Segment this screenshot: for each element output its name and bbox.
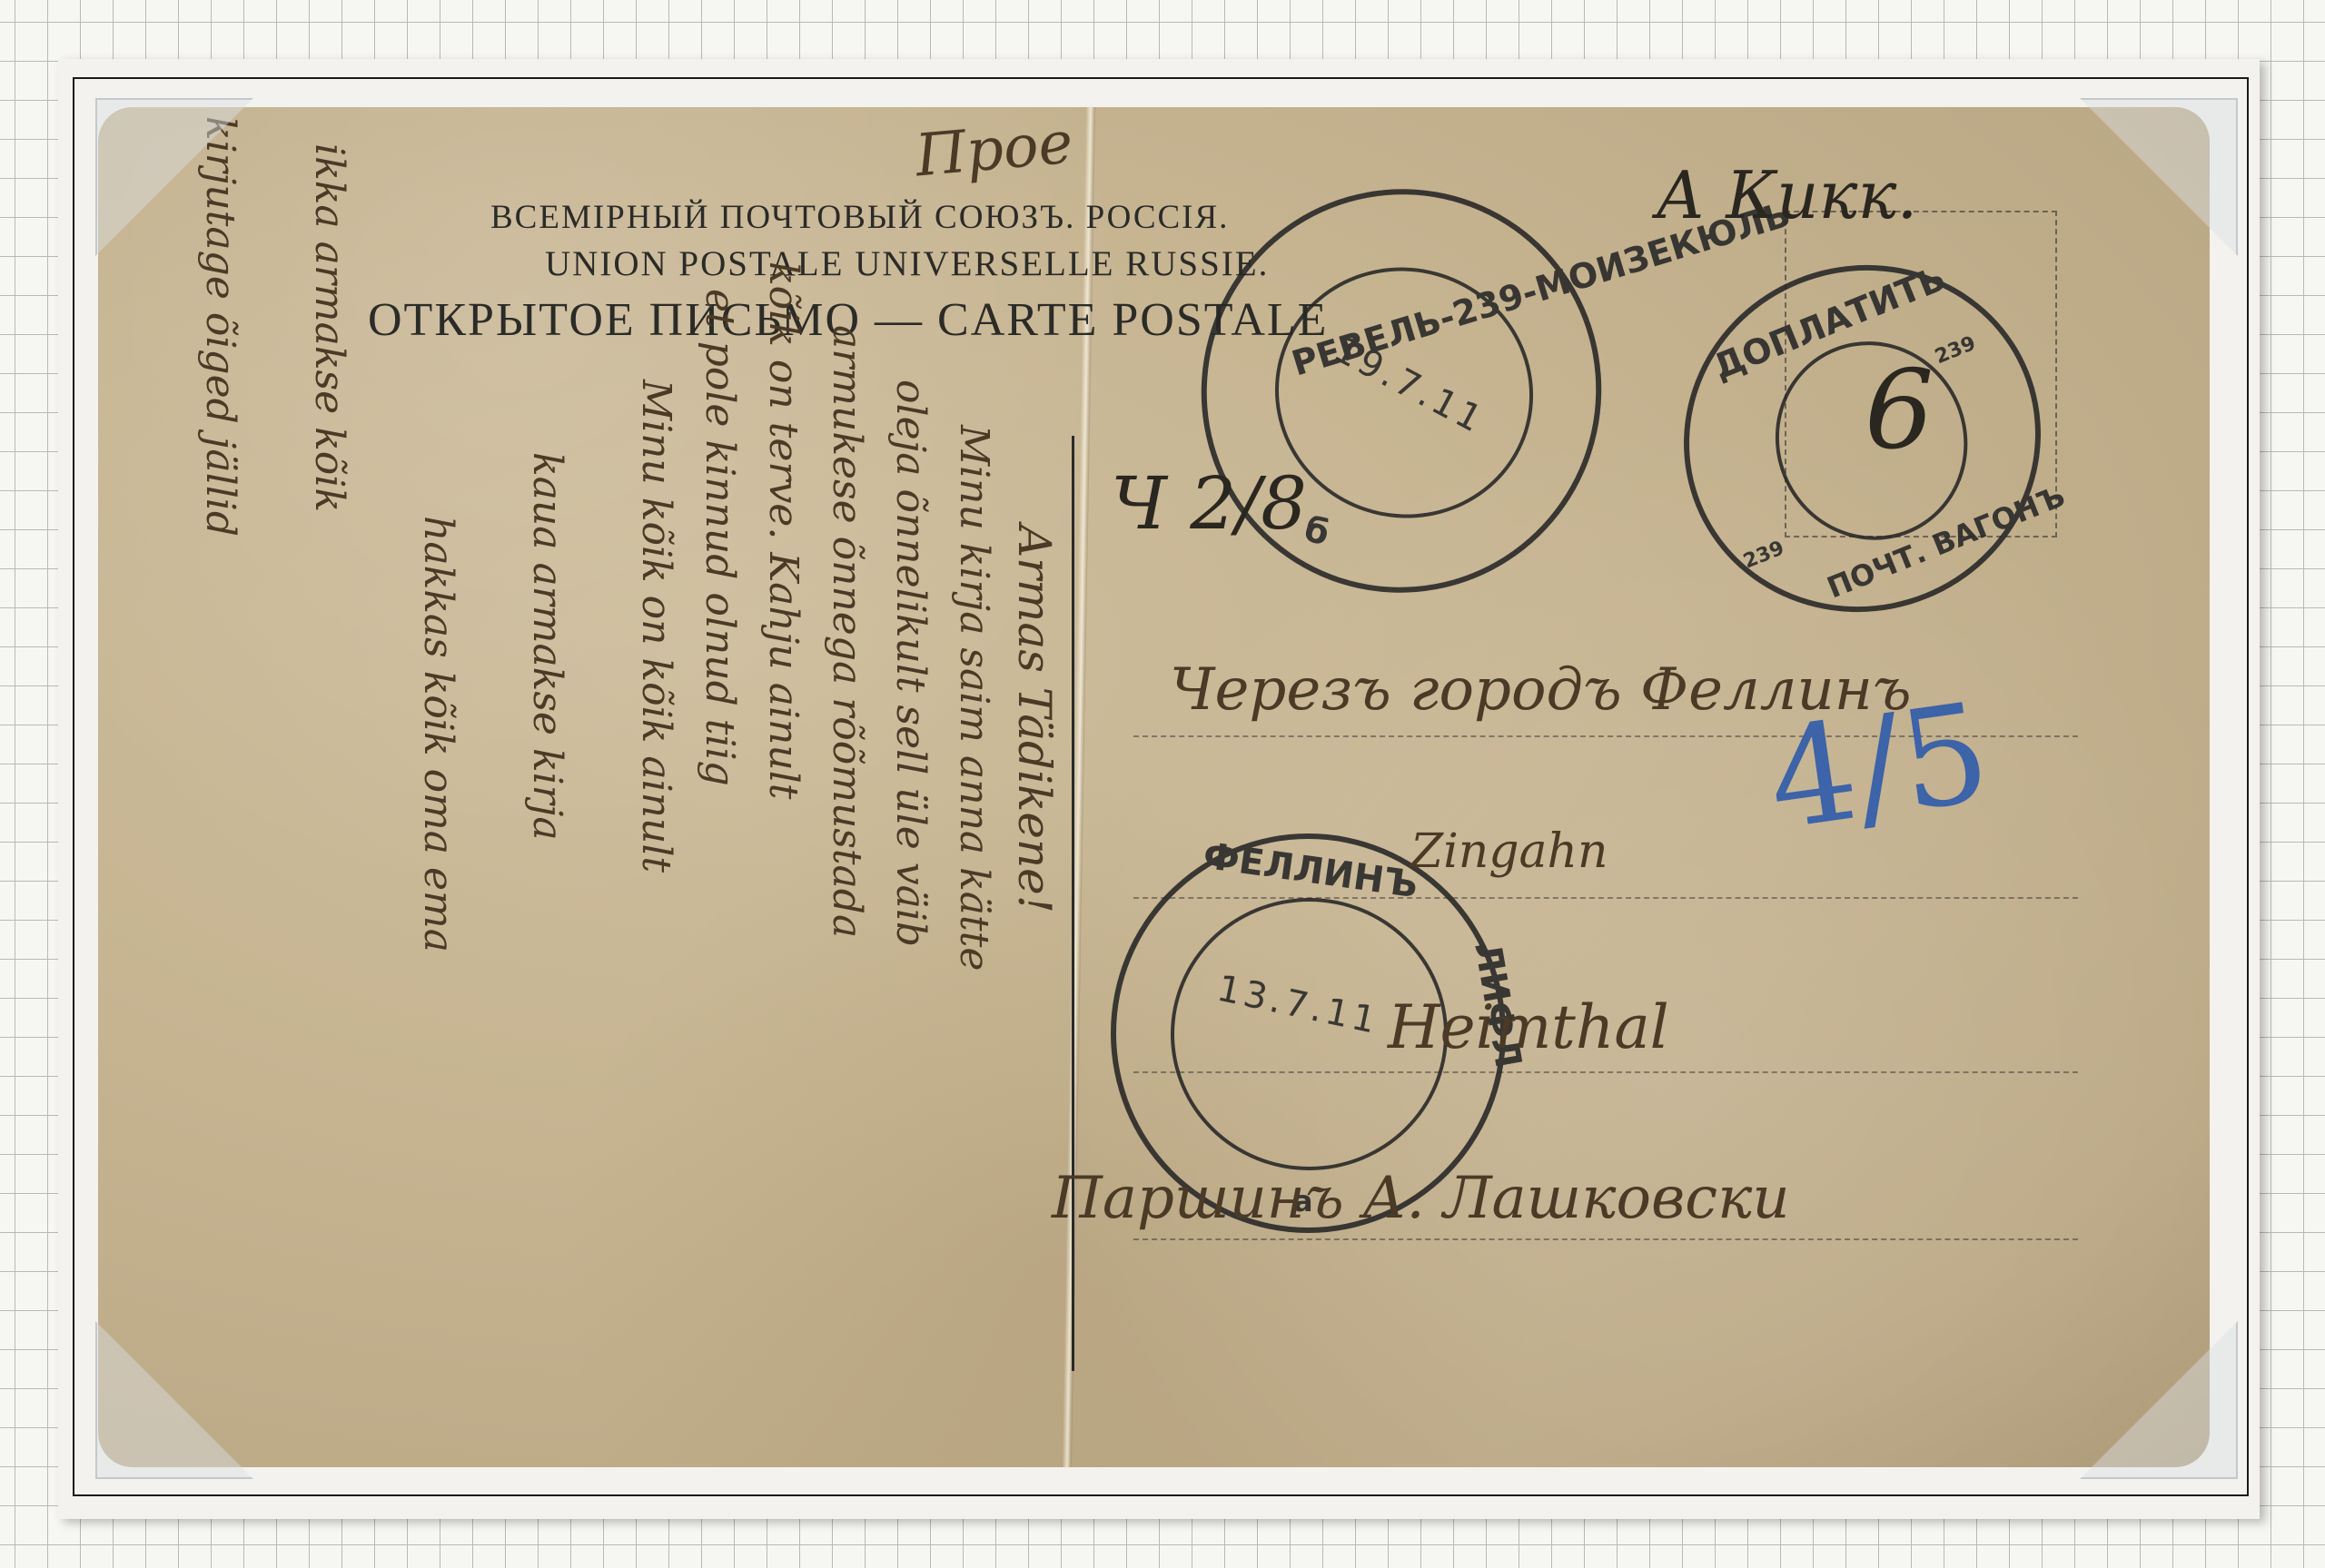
message-line: hakkas kõik oma ema — [415, 516, 461, 952]
message-line: kirjutage õiged jällid — [197, 116, 243, 537]
message-line: kaua armakse kirja — [524, 452, 570, 841]
address-line-recipient: Паршинъ А. Лашковски — [1052, 1165, 1790, 1232]
message-greeting: Armas Tädikene! — [1008, 525, 1061, 913]
handwritten-postage-mark: Ч 2/8 — [1111, 461, 1307, 546]
message-line: Minu kõik on kõik ainult — [633, 380, 679, 873]
message-line: armukese õnnega rõõmustada — [824, 325, 870, 938]
message-line: et pole kinnud olnud tiig — [697, 289, 743, 786]
address-line-estate: Heimthal — [1388, 992, 1669, 1062]
printed-header-upu-russian: ВСЕМIРНЫЙ ПОЧТОВЫЙ СОЮЗЪ. РОССIЯ. — [490, 198, 1229, 237]
address-line-4 — [1133, 1238, 2078, 1240]
printed-header-upu-french: UNION POSTALE UNIVERSELLE RUSSIE. — [545, 243, 1269, 284]
handwritten-top-right: А Кикк. — [1656, 157, 1917, 233]
handwritten-top-note: Прое — [913, 110, 1075, 191]
postmark-postage-due-number: 239 — [1932, 332, 1979, 369]
blue-crayon-mark: 4/5 — [1759, 674, 1998, 861]
address-line-place: Zingahn — [1410, 824, 1608, 879]
postmark-fellin-town: ФЕЛЛИНЪ — [1201, 835, 1420, 907]
message-line: ikka armakse kõik — [306, 143, 352, 512]
message-line: oleja õnnelikult sell üle väib — [887, 380, 934, 947]
postage-due-amount: 6 — [1865, 348, 1934, 474]
postmark-postage-due-number-2: 239 — [1740, 537, 1787, 573]
postcard: ВСЕМIРНЫЙ ПОЧТОВЫЙ СОЮЗЪ. РОССIЯ. UNION … — [98, 107, 2210, 1467]
message-line: kõik on terve. Kahju ainult — [760, 261, 806, 799]
message-line: Minu kirja saim anna kätte — [951, 425, 997, 971]
